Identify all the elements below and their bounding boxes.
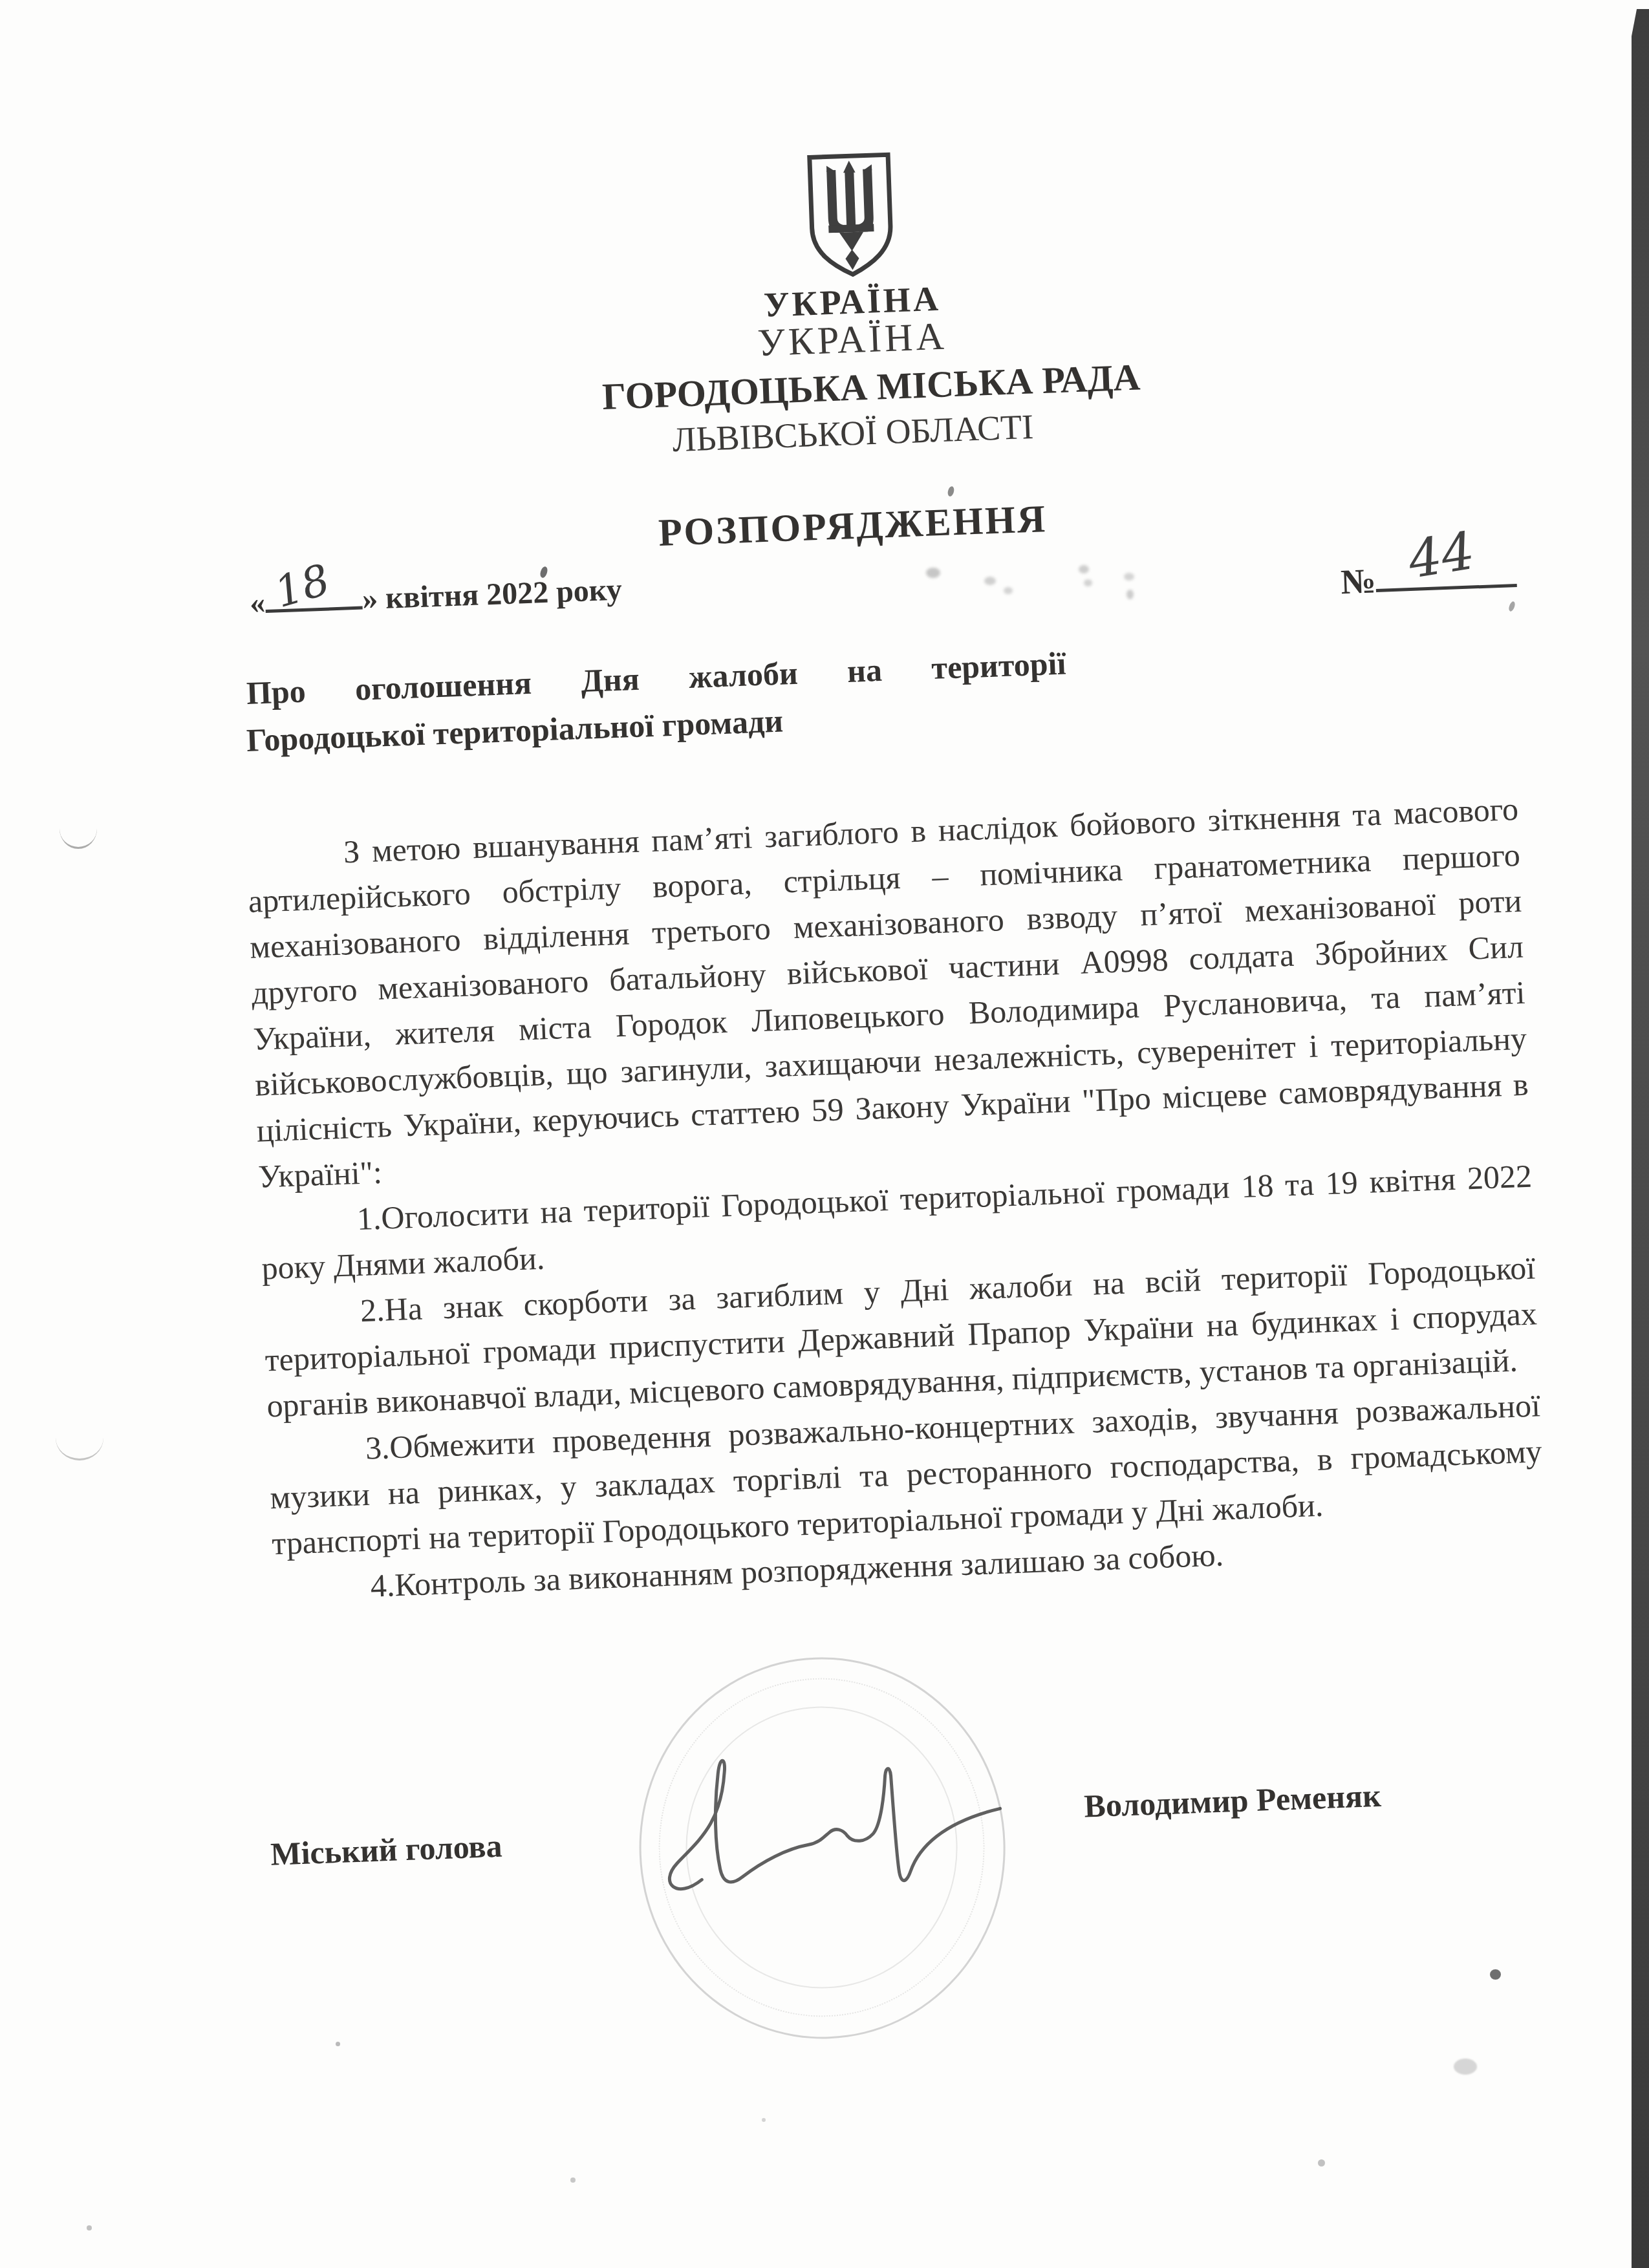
ink-speck (1508, 601, 1516, 612)
subject-line-2: Городоцької територіальної громади (246, 702, 784, 759)
number-line: №44 (1340, 551, 1518, 602)
signature-block: Міський голова Володимир Ременяк (246, 1660, 1551, 2236)
smudge (1079, 565, 1089, 573)
date-text: квітня 2022 року (385, 572, 622, 615)
body-text: З метою вшанування пам’яті загиблого в н… (246, 786, 1546, 1612)
number-sign: № (1340, 561, 1376, 601)
preamble-paragraph: З метою вшанування пам’яті загиблого в н… (246, 786, 1531, 1200)
signer-name: Володимир Ременяк (1083, 1777, 1381, 1825)
scanned-document-page: УКРАЇНА УКРАЇНА ГОРОДОЦЬКА МІСЬКА РАДА Л… (0, 0, 1649, 2268)
date-line: «18» квітня 2022 року (249, 567, 623, 621)
quote-close: » (361, 581, 378, 616)
coat-of-arms-icon (803, 145, 898, 286)
date-blank-underline: 18 (264, 577, 363, 613)
smudge (1004, 587, 1013, 594)
pen-arc-artifact (59, 829, 97, 849)
smudge (926, 568, 940, 578)
ink-speck (947, 486, 955, 497)
header-region: ЛЬВІВСЬКОЇ ОБЛАСТІ (658, 406, 1048, 460)
handwritten-number: 44 (1405, 520, 1479, 590)
handwritten-day: 18 (269, 554, 335, 617)
scanner-edge-shadow (1632, 9, 1649, 2268)
smudge (1126, 590, 1134, 599)
quote-open: « (249, 586, 266, 621)
handwritten-signature-icon (636, 1735, 1055, 1918)
ink-speck (87, 2225, 92, 2231)
smudge (1084, 579, 1092, 586)
subject-line-1: Про оголошення Дня жалоби на території (246, 645, 1066, 712)
number-blank-underline: 44 (1375, 551, 1517, 592)
signer-title: Міський голова (270, 1827, 502, 1873)
pen-arc-artifact (56, 1438, 103, 1460)
smudge (984, 577, 996, 585)
document-type-title: РОЗПОРЯДЖЕННЯ (658, 497, 1047, 555)
smudge (1124, 573, 1134, 581)
